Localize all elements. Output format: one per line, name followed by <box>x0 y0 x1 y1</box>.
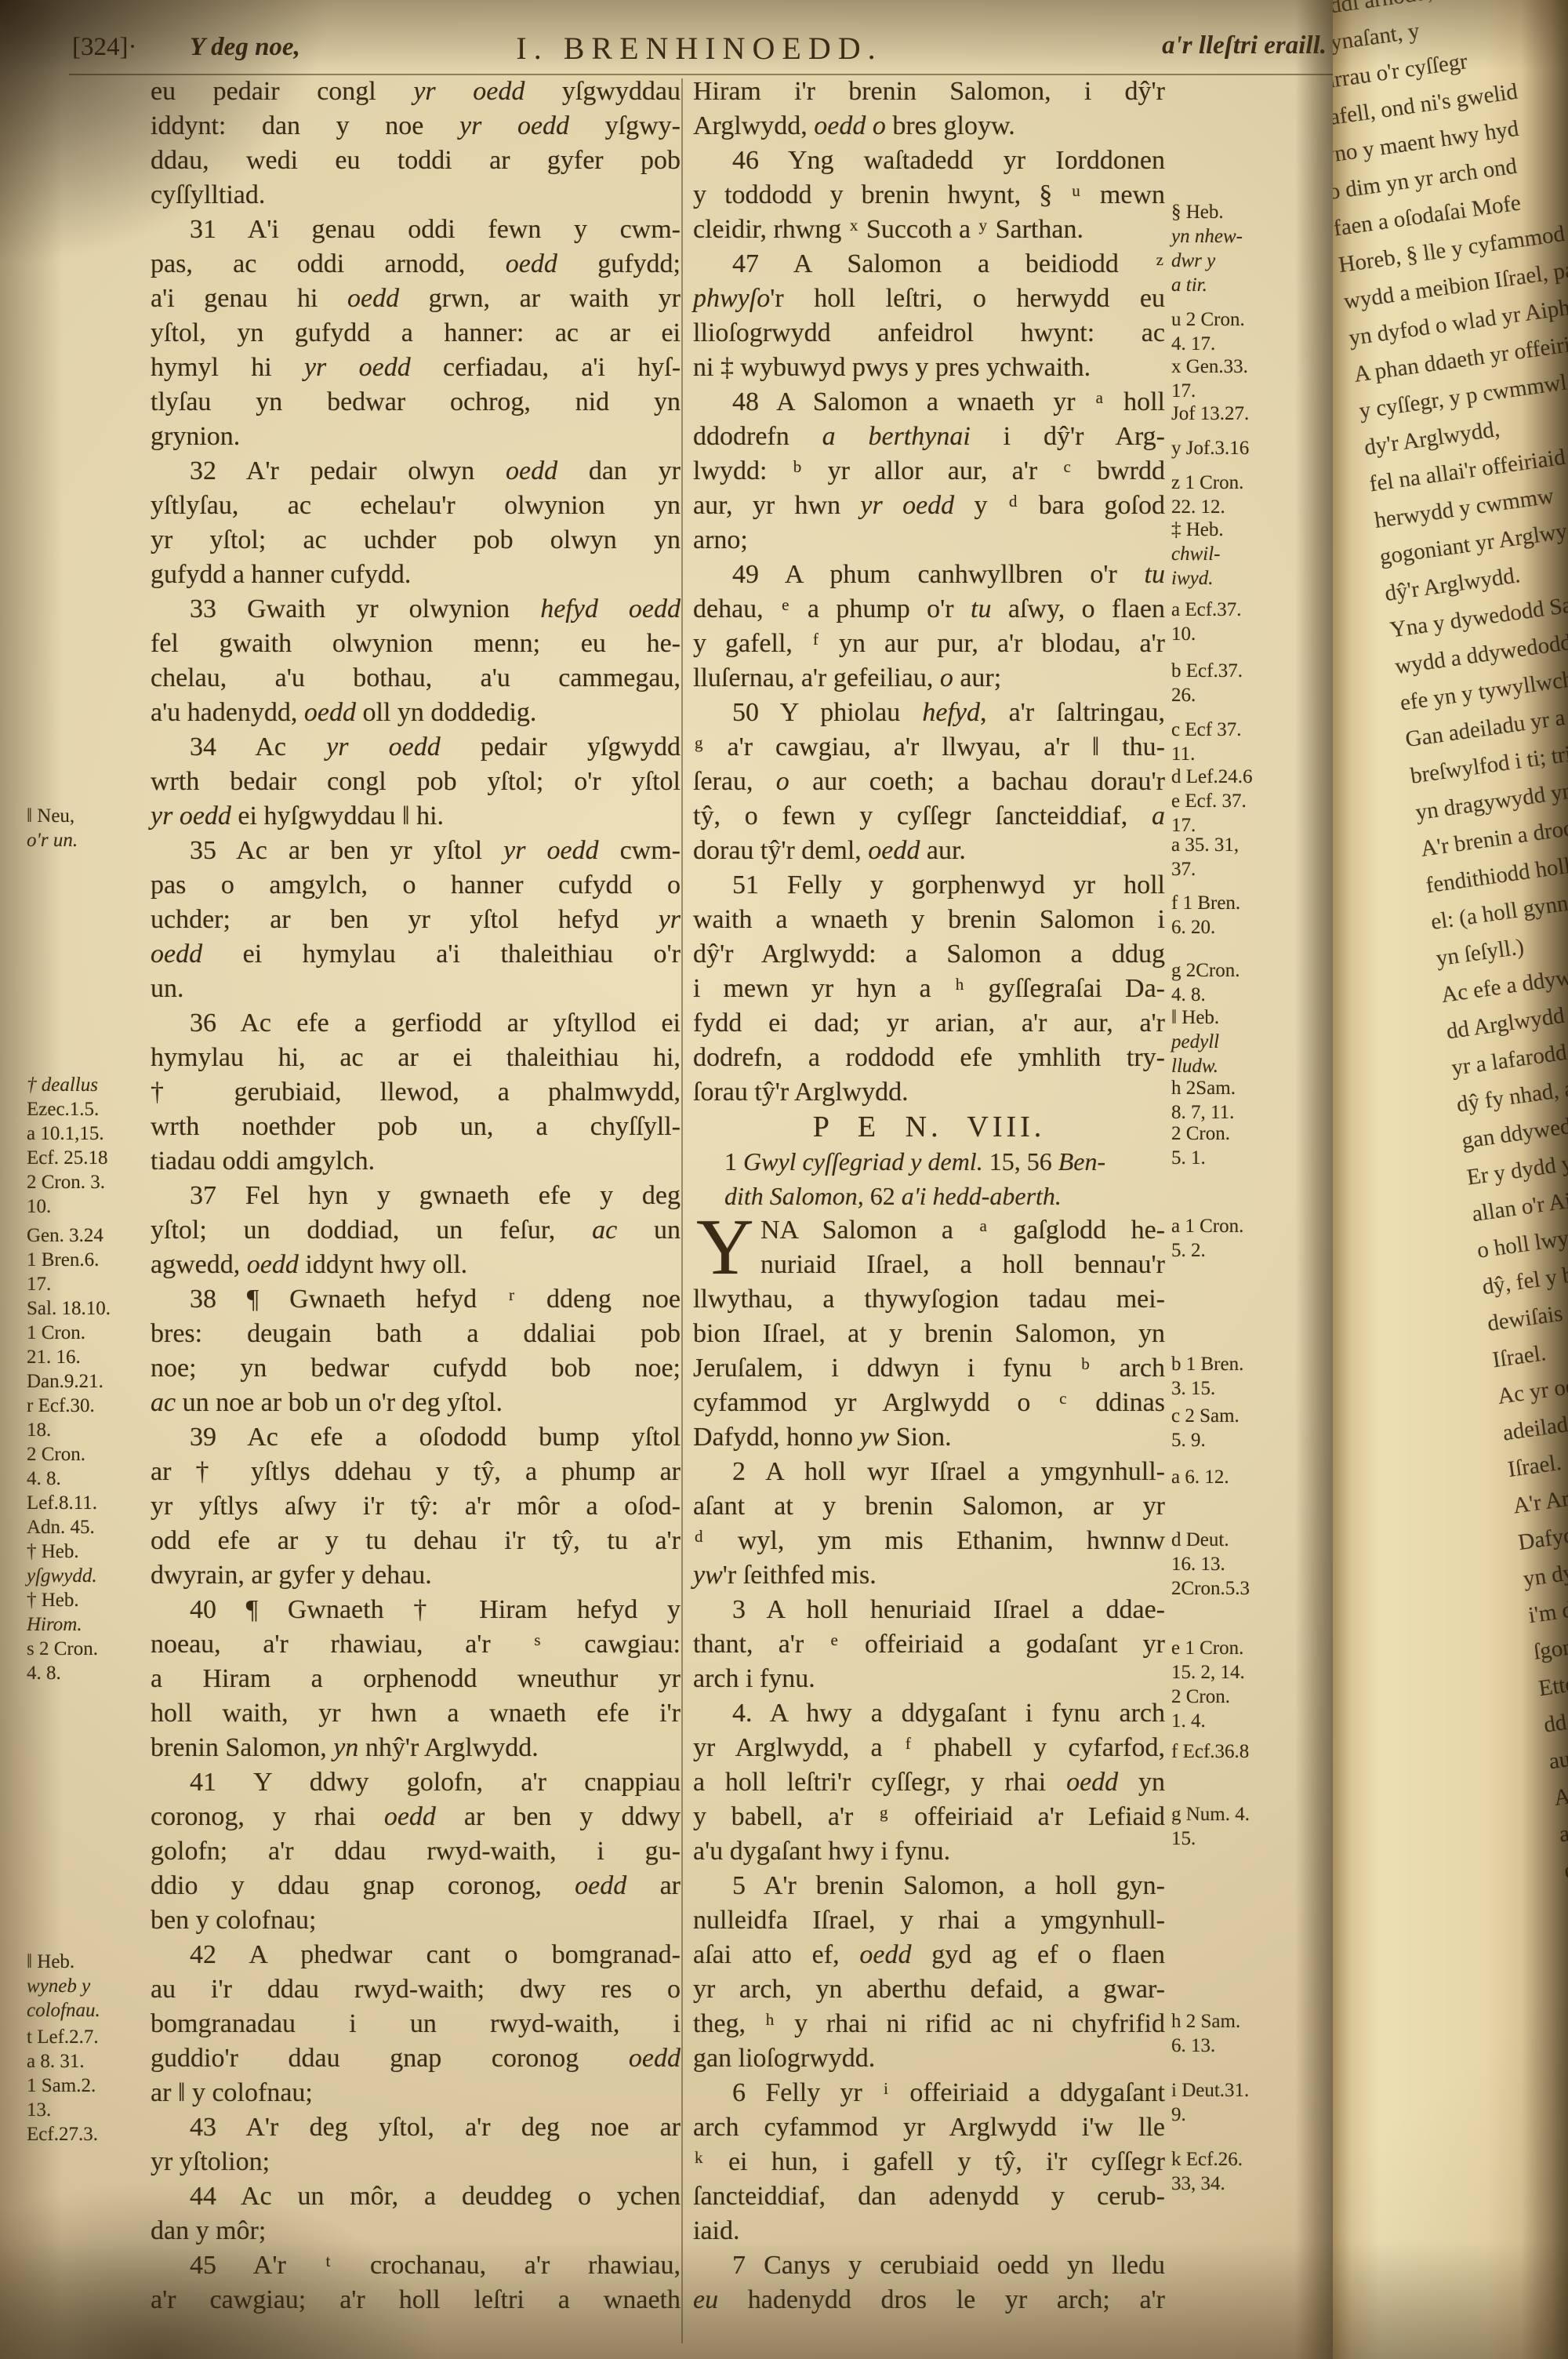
reference-letter: e <box>830 1630 837 1649</box>
body-text-line: d wyl, ym mis Ethanim, hwnnw <box>693 1524 1165 1558</box>
body-text-line: 40 ¶ Gwnaeth † Hiram hefyd y <box>151 1593 681 1627</box>
body-text-line: yw'r ſeithfed mis. <box>693 1558 1165 1593</box>
body-text-line: yſtol, yn gufydd a hanner: ac ar ei <box>151 316 681 351</box>
body-text-line: 38 ¶ Gwnaeth hefyd r ddeng noe <box>151 1282 681 1317</box>
italic-run: hefyd <box>922 698 980 727</box>
body-text-line: dan y môr; <box>151 2214 681 2248</box>
margin-note: t Lef.2.7.a 8. 31.1 Sam.2.13.Ecf.27.3. <box>27 2025 146 2146</box>
body-text-line: Hiram i'r brenin Salomon, i dŷ'r <box>693 75 1165 109</box>
reference-letter: h <box>956 975 964 994</box>
body-text-line: ar † yſtlys ddehau y tŷ, a phump ar <box>151 1455 681 1489</box>
chapter-argument-line: dith Salomon, 62 a'i hedd-aberth. <box>693 1179 1165 1213</box>
body-text-line: 32 A'r pedair olwyn oedd dan yr <box>151 454 681 489</box>
italic-run: oedd <box>151 940 202 969</box>
body-text-line: 47 A Salomon a beidiodd z <box>693 247 1165 282</box>
margin-note-line: Sal. 18.10. <box>27 1296 146 1321</box>
body-text-line: dŷ'r Arglwydd: a Salomon a ddug <box>693 937 1165 972</box>
body-text-line: hymyl hi yr oedd cerfiadau, a'i hyſ- <box>151 351 681 385</box>
body-text-line: aſant at y brenin Salomon, ar yr <box>693 1489 1165 1524</box>
margin-note-line: † Heb. <box>27 1539 146 1564</box>
body-text-line: fydd ei dad; yr arian, a'r aur, a'r <box>693 1006 1165 1041</box>
body-text-line: arch cyfammod yr Arglwydd i'w lle <box>693 2110 1165 2145</box>
reference-letter: s <box>534 1630 540 1649</box>
body-text-line: lluſernau, a'r gefeiliau, o aur; <box>693 661 1165 696</box>
body-text-line: cyſſylltiad. <box>151 178 681 213</box>
body-text-line: ac un noe ar bob un o'r deg yſtol. <box>151 1386 681 1420</box>
body-text-line: yſtlyſau, ac echelau'r olwynion yn <box>151 489 681 523</box>
reference-letter: k <box>695 2148 703 2167</box>
italic-run: yr oedd <box>326 732 441 761</box>
body-text-line: nulleidfa Iſrael, y rhai a ymgynhull- <box>693 1903 1165 1938</box>
text-column-left: eu pedair congl yr oedd yſgwyddauiddynt:… <box>151 75 681 2317</box>
body-text-line: yr Arglwydd, a f phabell y cyfarfod, <box>693 1731 1165 1765</box>
margin-note-line: t Lef.2.7. <box>27 2025 146 2049</box>
next-page-edge: a oddi arnodd,eſtynaſant, ybarrau o'r cy… <box>1333 0 1568 2359</box>
margin-note-line: Ecf.27.3. <box>27 2122 146 2146</box>
italic-run: oedd o <box>814 111 886 140</box>
body-text-line: cleidir, rhwng x Succoth a y Sarthan. <box>693 213 1165 247</box>
margin-note-line: 13. <box>27 2098 146 2122</box>
italic-run: yn <box>333 1733 358 1762</box>
body-text-line: 39 Ac efe a oſododd bump yſtol <box>151 1420 681 1455</box>
body-text-line: yr yſtolion; <box>151 2145 681 2179</box>
italic-run: eu <box>693 2285 718 2314</box>
margin-note-line: Adn. 45. <box>27 1515 146 1539</box>
italic-run: Ben- <box>1058 1147 1105 1176</box>
scanned-bible-page: [324]· Y deg noe, I. BRENHINOEDD. a'r ll… <box>0 0 1568 2359</box>
margin-note-line: colofnau. <box>27 1998 146 2023</box>
body-text-line: 49 A phum canhwyllbren o'r tu <box>693 558 1165 592</box>
body-text-line: dwyrain, ar gyfer y dehau. <box>151 1558 681 1593</box>
italic-run: oedd <box>506 249 557 278</box>
body-text-line: tŷ, o fewn y cyſſegr ſancteiddiaf, a <box>693 799 1165 834</box>
body-text-line: un. <box>151 972 681 1006</box>
body-text-line: eu pedair congl yr oedd yſgwyddau <box>151 75 681 109</box>
body-text-line: ddodrefn a berthynai i dŷ'r Arg- <box>693 420 1165 454</box>
body-text-line: dodrefn, a roddodd efe ymhlith try- <box>693 1041 1165 1075</box>
body-text-line: ar ‖ y colofnau; <box>151 2076 681 2110</box>
body-text-line: 37 Fel hyn y gwnaeth efe y deg <box>151 1179 681 1213</box>
reference-letter: e <box>782 595 789 614</box>
body-text-line: arno; <box>693 523 1165 558</box>
body-text-line: cyfammod yr Arglwydd o c ddinas <box>693 1386 1165 1420</box>
margin-note-line: Hirom. <box>27 1612 146 1637</box>
body-text-line: noeau, a'r rhawiau, a'r s cawgiau: <box>151 1627 681 1662</box>
body-text-line: aſai atto ef, oedd gyd ag ef o flaen <box>693 1938 1165 1972</box>
body-text-line: iddynt: dan y noe yr oedd yſgwy- <box>151 109 681 144</box>
body-text-line: llioſogrwydd anfeidrol hwynt: ac <box>693 316 1165 351</box>
margin-note-line: Ezec.1.5. <box>27 1097 146 1121</box>
body-text-line: Arglwydd, oedd o bres gloyw. <box>693 109 1165 144</box>
reference-letter: f <box>813 630 818 649</box>
body-text-line: 36 Ac efe a gerfiodd ar yſtyllod ei <box>151 1006 681 1041</box>
margin-note-line: 4. 8. <box>27 1467 146 1491</box>
body-text-line: waith a wnaeth y brenin Salomon i <box>693 903 1165 937</box>
running-header: [324]· Y deg noe, I. BRENHINOEDD. a'r ll… <box>72 30 1327 71</box>
italic-run: a <box>1152 801 1165 831</box>
body-text-line: a'r cawgiau; a'r holl leſtri a wnaeth <box>151 2283 681 2317</box>
margin-note-line: ‖ Heb. <box>27 1950 146 1974</box>
italic-run: oedd <box>304 698 356 727</box>
body-text-line: Jeruſalem, i ddwyn i fynu b arch <box>693 1351 1165 1386</box>
body-text-line: noe; yn bedwar cufydd bob noe; <box>151 1351 681 1386</box>
body-text-line: wrth noethder pob un, a chyſſyll- <box>151 1110 681 1144</box>
column-divider-rule <box>681 78 683 2343</box>
italic-run: yr <box>659 905 681 934</box>
margin-note-line: 17. <box>27 1272 146 1296</box>
italic-run: Gwyl cyſſegriad y deml. <box>743 1147 983 1176</box>
body-text-line: gan lioſogrwydd. <box>693 2041 1165 2076</box>
body-text-line: g a'r cawgiau, a'r llwyau, a'r ‖ thu- <box>693 730 1165 765</box>
body-text-line: guddio'r ddau gnap coronog oedd <box>151 2041 681 2076</box>
reference-letter: c <box>1059 1389 1066 1408</box>
body-text-line: yr yſtlys aſwy i'r tŷ: a'r môr a oſod- <box>151 1489 681 1524</box>
body-text-line: k ei hun, i gafell y tŷ, i'r cyſſegr <box>693 2145 1165 2179</box>
reference-letter: a <box>1096 388 1103 407</box>
text-column-right: Hiram i'r brenin Salomon, i dŷ'rArglwydd… <box>693 75 1165 2317</box>
margin-note: ‖ Neu,o'r un. <box>27 804 146 852</box>
italic-run: oedd <box>384 1802 436 1831</box>
margin-note-line: 1 Sam.2. <box>27 2074 146 2098</box>
margin-note-line: Lef.8.11. <box>27 1491 146 1515</box>
italic-run: yr oedd <box>503 836 598 865</box>
body-text-line: fel gwaith olwynion menn; eu he- <box>151 627 681 661</box>
body-text-line: pas o amgylch, o hanner cufydd o <box>151 868 681 903</box>
margin-note-line: † deallus <box>27 1073 146 1097</box>
body-text-line: dehau, e a phump o'r tu aſwy, o flaen <box>693 592 1165 627</box>
body-text-line: NA Salomon a a gaſglodd he- <box>693 1213 1165 1248</box>
body-text-line: ben y colofnau; <box>151 1903 681 1938</box>
body-text-line: a Hiram a orphenodd wneuthur yr <box>151 1662 681 1696</box>
margin-note-line: 2 Cron. <box>27 1442 146 1467</box>
body-text-line: uchder; ar ben yr yſtol hefyd yr <box>151 903 681 937</box>
reference-letter: y <box>979 216 988 234</box>
reference-letter: b <box>1081 1354 1090 1373</box>
italic-run: oedd <box>859 1940 911 1969</box>
drop-cap-initial: Y <box>696 1213 754 1282</box>
reference-letter: r <box>509 1285 514 1304</box>
margin-note-line: † Heb. <box>27 1588 146 1612</box>
reference-letter: f <box>906 1734 911 1753</box>
italic-run: ac <box>151 1388 176 1417</box>
reference-letter: a <box>979 1216 986 1235</box>
body-text-line: tlyſau yn bedwar ochrog, nid yn <box>151 385 681 420</box>
margin-note-line: wyneb y <box>27 1974 146 1998</box>
body-text-line: eu hadenydd dros le yr arch; a'r <box>693 2283 1165 2317</box>
body-text-line: Dafydd, honno yw Sion. <box>693 1420 1165 1455</box>
body-text-line: 4. A hwy a ddygaſant i fynu arch <box>693 1696 1165 1731</box>
body-text-line: dorau tŷ'r deml, oedd aur. <box>693 834 1165 868</box>
italic-run: oedd <box>629 2044 681 2073</box>
body-text-line: 7 Canys y cerubiaid oedd yn lledu <box>693 2248 1165 2283</box>
body-text-line: golofn; a'r ddau rwyd-waith, i gu- <box>151 1834 681 1869</box>
italic-run: a'i hedd-aberth. <box>902 1182 1062 1210</box>
chapter-heading: P E N. VIII. <box>693 1110 1165 1144</box>
margin-note: Gen. 3.241 Bren.6.17.Sal. 18.10.1 Cron.2… <box>27 1223 146 1685</box>
body-text-line: hymylau hi, ac ar ei thaleithiau hi, <box>151 1041 681 1075</box>
margin-note-line: o'r un. <box>27 828 146 852</box>
body-text-line: ddau, wedi eu toddi ar gyfer pob <box>151 144 681 178</box>
body-text-line: agwedd, oedd iddynt hwy oll. <box>151 1248 681 1282</box>
italic-run: yr oedd <box>304 353 411 382</box>
body-text-line: a'u dygaſant hwy i fynu. <box>693 1834 1165 1869</box>
body-text-line: a holl leſtri'r cyſſegr, y rhai oedd yn <box>693 1765 1165 1800</box>
body-text-line: 6 Felly yr i offeiriaid a ddygaſant <box>693 2076 1165 2110</box>
italic-run: tu <box>971 594 991 623</box>
body-text-line: i mewn yr hyn a h gyſſegraſai Da- <box>693 972 1165 1006</box>
margin-note-line: 1 Cron. <box>27 1321 146 1345</box>
reference-letter: t <box>325 2252 330 2270</box>
body-text-line: brenin Salomon, yn nhŷ'r Arglwydd. <box>151 1731 681 1765</box>
italic-run: a berthynai <box>822 422 971 451</box>
body-text-line: ni ‡ wybuwyd pwys y pres ychwaith. <box>693 351 1165 385</box>
italic-run: yw <box>859 1423 889 1452</box>
margin-note-line: Dan.9.21. <box>27 1369 146 1394</box>
running-title: I. BRENHINOEDD. <box>72 30 1327 67</box>
reference-letter: d <box>1009 492 1018 511</box>
body-text-line: yr arch, yn aberthu defaid, a gwar- <box>693 1972 1165 2007</box>
margin-note-line: Gen. 3.24 <box>27 1223 146 1248</box>
body-text-line: 31 A'i genau oddi fewn y cwm- <box>151 213 681 247</box>
body-text-line: yſtol; un doddiad, un feſur, ac un <box>151 1213 681 1248</box>
margin-note-line: 18. <box>27 1418 146 1442</box>
margin-note-line: ‖ Neu, <box>27 804 146 828</box>
body-text-line: gufydd a hanner cufydd. <box>151 558 681 592</box>
italic-run: phwyſo <box>693 284 770 313</box>
margin-note-line: a 8. 31. <box>27 2049 146 2074</box>
body-text-line: oedd ei hymylau a'i thaleithiau o'r <box>151 937 681 972</box>
italic-run: oedd <box>575 1871 626 1900</box>
body-text-line: nuriaid Iſrael, a holl bennau'r <box>693 1248 1165 1282</box>
body-text-line: wrth bedair congl pob yſtol; o'r yſtol <box>151 765 681 799</box>
body-text-line: holl waith, yr hwn a wnaeth efe i'r <box>151 1696 681 1731</box>
margin-note-line: Ecf. 25.18 <box>27 1146 146 1170</box>
body-text-line: 48 A Salomon a wnaeth yr a holl <box>693 385 1165 420</box>
margin-note-line: 10. <box>27 1194 146 1219</box>
body-text-line: 33 Gwaith yr olwynion hefyd oedd <box>151 592 681 627</box>
margin-note-line: a 10.1,15. <box>27 1121 146 1146</box>
body-text-line: bres: deugain bath a ddaliai pob <box>151 1317 681 1351</box>
body-text-line: llwythau, a thywyſogion tadau mei- <box>693 1282 1165 1317</box>
body-text-line: tiadau oddi amgylch. <box>151 1144 681 1179</box>
body-text-line: odd efe ar y tu dehau i'r tŷ, tu a'r <box>151 1524 681 1558</box>
body-text-line: 50 Y phiolau hefyd, a'r ſaltringau, <box>693 696 1165 730</box>
body-text-line: arch i fynu. <box>693 1662 1165 1696</box>
body-text-line: coronog, y rhai oedd ar ben y ddwy <box>151 1800 681 1834</box>
body-text-line: grynion. <box>151 420 681 454</box>
margin-note: † deallusEzec.1.5.a 10.1,15.Ecf. 25.182 … <box>27 1073 146 1219</box>
italic-run: yr oedd <box>860 491 954 520</box>
italic-run: oedd <box>247 1250 299 1279</box>
body-text-line: † gerubiaid, llewod, a phalmwydd, <box>151 1075 681 1110</box>
reference-letter: h <box>766 2010 775 2029</box>
body-text-line: chelau, a'u bothau, a'u cammegau, <box>151 661 681 696</box>
body-text-line: bomgranadau i un rwyd-waith, i <box>151 2007 681 2041</box>
body-text-line: pas, ac oddi arnodd, oedd gufydd; <box>151 247 681 282</box>
body-text-line: ſerau, o aur coeth; a bachau dorau'r <box>693 765 1165 799</box>
margin-note-line: s 2 Cron. <box>27 1637 146 1661</box>
body-text-line: 45 A'r t crochanau, a'r rhawiau, <box>151 2248 681 2283</box>
italic-run: yw <box>693 1561 723 1590</box>
body-text-line: bion Iſrael, at y brenin Salomon, yn <box>693 1317 1165 1351</box>
italic-run: o <box>940 663 953 692</box>
body-text-line: au i'r ddau rwyd-waith; dwy res o <box>151 1972 681 2007</box>
body-text-line: 46 Yng waſtadedd yr Iorddonen <box>693 144 1165 178</box>
margin-note-line: 1 Bren.6. <box>27 1248 146 1272</box>
body-text-line: phwyſo'r holl leſtri, o herwydd eu <box>693 282 1165 316</box>
body-text-line: lwydd: b yr allor aur, a'r c bwrdd <box>693 454 1165 489</box>
reference-letter: d <box>695 1527 703 1546</box>
body-text-line: 44 Ac un môr, a deuddeg o ychen <box>151 2179 681 2214</box>
margin-note-line: 21. 16. <box>27 1345 146 1369</box>
body-text-line: yr oedd ei hyſgwyddau ‖ hi. <box>151 799 681 834</box>
reference-letter: g <box>880 1803 888 1822</box>
body-text-line: iaid. <box>693 2214 1165 2248</box>
reference-letter: g <box>695 733 703 752</box>
reference-letter: u <box>1072 181 1080 200</box>
reference-letter: x <box>850 216 858 234</box>
body-text-line: 3 A holl henuriaid Iſrael a ddae- <box>693 1593 1165 1627</box>
italic-run: ac <box>592 1216 617 1245</box>
reference-letter: c <box>1063 457 1070 476</box>
body-text-line: aur, yr hwn yr oedd y d bara goſod <box>693 489 1165 523</box>
italic-run: yr oedd <box>151 801 231 831</box>
italic-run: oedd <box>506 456 557 485</box>
body-text-line: yr yſtol; ac uchder pob olwyn yn <box>151 523 681 558</box>
body-text-line: theg, h y rhai ni rifid ac ni chyfrifid <box>693 2007 1165 2041</box>
body-text-line: 2 A holl wyr Iſrael a ymgynhull- <box>693 1455 1165 1489</box>
body-text-line: a'i genau hi oedd grwn, ar waith yr <box>151 282 681 316</box>
italic-run: oedd <box>868 836 920 865</box>
italic-run: o <box>776 767 789 796</box>
body-text-line: y gafell, f yn aur pur, a'r blodau, a'r <box>693 627 1165 661</box>
italic-run: oedd <box>1066 1768 1118 1797</box>
italic-run: tu <box>1145 560 1165 589</box>
body-text-line: 51 Felly y gorphenwyd yr holl <box>693 868 1165 903</box>
margin-note-line: 4. 8. <box>27 1661 146 1685</box>
margin-note: ‖ Heb.wyneb ycolofnau. <box>27 1950 146 2023</box>
margin-note-line: r Ecf.30. <box>27 1394 146 1418</box>
body-text-line: 5 A'r brenin Salomon, a holl gyn- <box>693 1869 1165 1903</box>
body-text-line: 43 A'r deg yſtol, a'r deg noe ar <box>151 2110 681 2145</box>
reference-letter: z <box>1156 250 1163 269</box>
body-text-line: 42 A phedwar cant o bomgranad- <box>151 1938 681 1972</box>
body-text-line: 35 Ac ar ben yr yſtol yr oedd cwm- <box>151 834 681 868</box>
next-page-text-fragments: a oddi arnodd,eſtynaſant, ybarrau o'r cy… <box>1355 0 1568 2175</box>
margin-note-line: yſgwydd. <box>27 1564 146 1588</box>
italic-run: yr oedd <box>413 77 524 106</box>
body-text-line: y babell, a'r g offeiriaid a'r Lefiaid <box>693 1800 1165 1834</box>
italic-run: hefyd oedd <box>540 594 681 623</box>
italic-run: yr oedd <box>459 111 569 140</box>
body-text-line: thant, a'r e offeiriaid a godaſant yr <box>693 1627 1165 1662</box>
body-text-line: ſancteiddiaf, dan adenydd y cerub- <box>693 2179 1165 2214</box>
body-text-line: ſorau tŷ'r Arglwydd. <box>693 1075 1165 1110</box>
body-text-line: 41 Y ddwy golofn, a'r cnappiau <box>151 1765 681 1800</box>
italic-run: oedd <box>347 284 399 313</box>
chapter-argument-line: 1 Gwyl cyſſegriad y deml. 15, 56 Ben- <box>693 1144 1165 1179</box>
reference-letter: i <box>884 2079 888 2098</box>
body-text-line: 34 Ac yr oedd pedair yſgwydd <box>151 730 681 765</box>
body-text-line: ddio y ddau gnap coronog, oedd ar <box>151 1869 681 1903</box>
body-text-line: y toddodd y brenin hwynt, § u mewn <box>693 178 1165 213</box>
body-text-line: a'u hadenydd, oedd oll yn doddedig. <box>151 696 681 730</box>
margin-note-line: 2 Cron. 3. <box>27 1170 146 1194</box>
reference-letter: b <box>793 457 802 476</box>
